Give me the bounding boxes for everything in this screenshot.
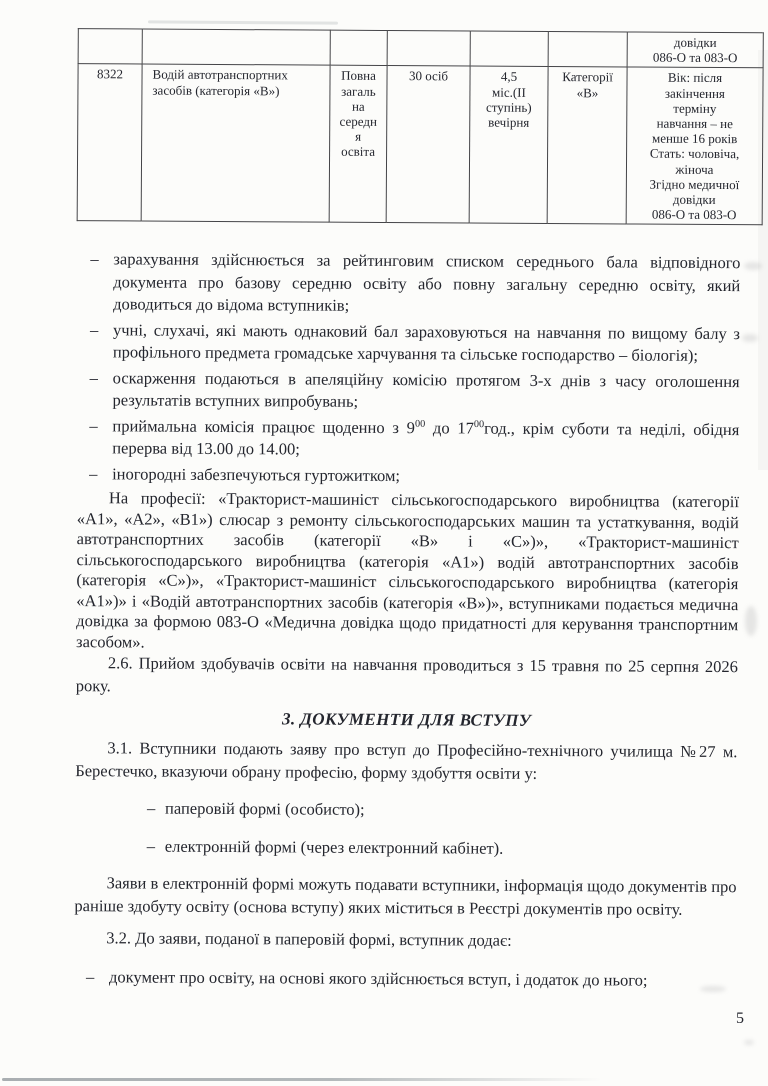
professions-table: довідки 086-О та 083-О 8322 Водій автотр… (77, 28, 764, 226)
bullet-dash: – (86, 966, 94, 989)
table-row-carryover: довідки 086-О та 083-О (78, 29, 763, 69)
table-cell-code: 8322 (77, 64, 142, 221)
admission-notes-list: – зарахування здійснюється за рейтингови… (77, 249, 740, 490)
list-item: – приймальна комісія працює щоденно з 90… (77, 415, 739, 464)
list-item: – документ про освіту, на основі якого з… (74, 966, 736, 993)
bullet-text: документ про освіту, на основі якого зді… (109, 967, 648, 989)
bullet-text: оскарження подаються в апеляційну комісі… (112, 368, 739, 411)
table-cell-category: Категорії «В» (547, 67, 627, 225)
table-cell-empty (387, 31, 470, 67)
paragraph-electronic-applications: Заяви в електронній формі можуть подават… (74, 873, 736, 922)
table-cell-requirements: Вік: після закінчення терміну навчання –… (626, 67, 763, 225)
bullet-text: учні, слухачі, які мають однаковий бал з… (113, 320, 740, 365)
bullet-text: приймальна комісія працює щоденно з 900 … (112, 416, 739, 459)
bullet-text: електронній формі (через електронний каб… (165, 837, 504, 858)
table-cell-requirements-tail: довідки 086-О та 083-О (627, 32, 763, 68)
bullet-dash: – (89, 463, 97, 486)
bullet-text: паперовій формі (особисто); (165, 799, 365, 819)
superscript-minutes: 00 (474, 419, 484, 430)
list-item: – електронній формі (через електронний к… (75, 835, 737, 862)
table-cell-education: Повна загаль на середн я освіта (329, 66, 387, 223)
table-cell-enrollment: 30 осіб (386, 66, 470, 224)
paragraph-3-2: 3.2. До заяви, поданої в паперовій формі… (74, 928, 736, 955)
bullet-text-part: приймальна комісія працює щоденно з 9 (112, 416, 415, 437)
list-item: – іногородні забезпечуються гуртожитком; (77, 463, 739, 490)
scan-artifact-smudge (744, 1040, 754, 1045)
bullet-dash: – (90, 249, 98, 272)
bullet-dash: – (90, 319, 98, 342)
table-row-profession: 8322 Водій автотранспортних засобів (кат… (77, 64, 763, 225)
bullet-dash: – (89, 415, 97, 438)
bullet-dash: – (90, 367, 98, 390)
section-heading-documents: 3. ДОКУМЕНТИ ДЛЯ ВСТУПУ (76, 708, 738, 734)
paragraph-professions-medical: На професії: «Тракторист-машиніст сільсь… (76, 489, 739, 657)
bullet-text-part: до 17 (425, 418, 474, 437)
table-cell-empty (548, 31, 627, 67)
table-cell-profession: Водій автотранспортних засобів (категорі… (141, 64, 330, 222)
list-item: – паперовій формі (особисто); (75, 798, 737, 825)
list-item: – зарахування здійснюється за рейтингови… (78, 249, 740, 321)
table-cell-empty (470, 31, 548, 67)
page-number: 5 (736, 1010, 744, 1028)
application-form-list: – паперовій формі (особисто); – електрон… (75, 798, 737, 862)
table-cell-duration: 4,5 міс.(ІІ ступінь) вечірня (469, 66, 548, 224)
scan-artifact-bottom-edge (2, 1078, 602, 1081)
required-documents-list: – документ про освіту, на основі якого з… (74, 966, 736, 993)
table-cell-empty (330, 30, 387, 66)
scanned-document-page: довідки 086-О та 083-О 8322 Водій автотр… (0, 0, 768, 1086)
paragraph-2-6: 2.6. Прийом здобувачів освіти на навчанн… (76, 653, 738, 702)
table-cell-empty (142, 29, 330, 66)
bullet-dash: – (147, 798, 155, 821)
bullet-text: іногородні забезпечуються гуртожитком; (112, 464, 400, 485)
superscript-minutes: 00 (415, 419, 425, 430)
list-item: – оскарження подаються в апеляційну комі… (77, 367, 739, 416)
paragraph-3-1: 3.1. Вступники подають заяву про вступ д… (75, 738, 737, 787)
table-cell-empty (78, 29, 142, 65)
document-content: довідки 086-О та 083-О 8322 Водій автотр… (0, 0, 768, 996)
bullet-text: зарахування здійснюється за рейтинговим … (113, 250, 740, 315)
list-item: – учні, слухачі, які мають однаковий бал… (78, 319, 740, 368)
bullet-dash: – (147, 835, 155, 858)
